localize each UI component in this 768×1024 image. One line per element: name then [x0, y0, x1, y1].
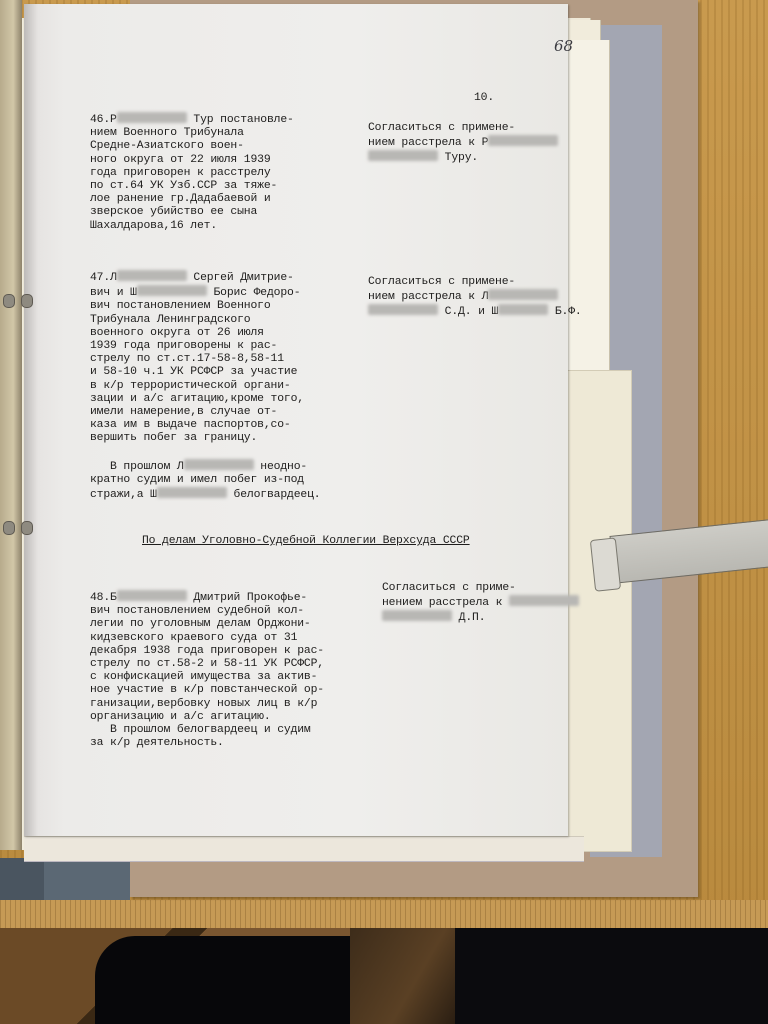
typed-line: кратно судим и имел побег из-под	[90, 474, 320, 487]
typed-line	[90, 446, 320, 459]
typed-line: 1939 года приговорены к рас-	[90, 340, 320, 353]
redacted-name	[137, 285, 207, 296]
typed-line: зации и а/с агитацию,кроме того,	[90, 393, 320, 406]
typed-line: ного округа от 22 июля 1939	[90, 154, 294, 167]
facing-page	[0, 0, 22, 850]
entry-48-text: 48.Б Дмитрий Прокофье-вич постановлением…	[90, 590, 324, 750]
typed-line: 46.Р Тур постановле-	[90, 112, 294, 127]
entry-47-resolution: Согласиться с примене-нием расстрела к Л…	[368, 276, 582, 320]
typed-line: вершить побег за границу.	[90, 432, 320, 445]
typed-line: Шахалдарова,16 лет.	[90, 220, 294, 233]
desk-edge	[0, 900, 768, 930]
typed-line: нением расстрела к	[382, 595, 579, 610]
redacted-name	[509, 595, 579, 606]
redacted-name	[117, 270, 187, 281]
typed-line: вич постановлением судебной кол-	[90, 605, 324, 618]
typed-line: Трибунала Ленинградского	[90, 314, 320, 327]
typed-line: нием расстрела к Р	[368, 135, 558, 150]
typed-line: стрелу по ст.58-2 и 58-11 УК РСФСР,	[90, 658, 324, 671]
typed-line: Средне-Азиатского воен-	[90, 140, 294, 153]
shadow	[455, 928, 768, 1024]
binding-ring	[3, 294, 15, 308]
typed-line: В прошлом белогвардеец и судим	[90, 724, 324, 737]
clip-bar	[609, 518, 768, 584]
typed-line: 48.Б Дмитрий Прокофье-	[90, 590, 324, 605]
typed-line: нием Военного Трибунала	[90, 127, 294, 140]
typed-line: кидзевского краевого суда от 31	[90, 632, 324, 645]
floor-board	[350, 928, 455, 1024]
typed-line: стражи,а Ш белогвардеец.	[90, 487, 320, 502]
redacted-name	[184, 459, 254, 470]
redacted-name	[157, 487, 227, 498]
typed-line: Туру.	[368, 150, 558, 165]
typed-line: Согласиться с примене-	[368, 276, 582, 289]
section-heading: По делам Уголовно-Судебной Коллегии Верх…	[142, 535, 470, 548]
redacted-name	[498, 304, 548, 315]
typed-line: военного округа от 26 июля	[90, 327, 320, 340]
typed-line: С.Д. и Ш Б.Ф.	[368, 304, 582, 319]
entry-47-text: 47.Л Сергей Дмитрие-вич и Ш Борис Федоро…	[90, 270, 320, 502]
typed-line: и 58-10 ч.1 УК РСФСР за участие	[90, 366, 320, 379]
typed-line: ганизации,вербовку новых лиц в к/р	[90, 698, 324, 711]
typed-line: с конфискацией имущества за актив-	[90, 671, 324, 684]
redacted-name	[368, 304, 438, 315]
typed-line: организацию и а/с агитацию.	[90, 711, 324, 724]
entry-46-text: 46.Р Тур постановле-нием Военного Трибун…	[90, 112, 294, 233]
typed-line: за к/р деятельность.	[90, 737, 324, 750]
typed-line: Согласиться с приме-	[382, 582, 579, 595]
typed-line: нием расстрела к Л	[368, 289, 582, 304]
redacted-name	[117, 590, 187, 601]
typed-line: 47.Л Сергей Дмитрие-	[90, 270, 320, 285]
typed-line: В прошлом Л неодно-	[90, 459, 320, 474]
typed-page-number: 10.	[474, 92, 494, 105]
typed-line: вич и Ш Борис Федоро-	[90, 285, 320, 300]
entry-46-resolution: Согласиться с примене-нием расстрела к Р…	[368, 122, 558, 166]
clip-cap	[590, 537, 621, 591]
typed-line: года приговорен к расстрелу	[90, 167, 294, 180]
typed-line: стрелу по ст.ст.17-58-8,58-11	[90, 353, 320, 366]
typed-line: легии по уголовным делам Орджони-	[90, 618, 324, 631]
binding-ring	[3, 521, 15, 535]
typed-line: по ст.64 УК Узб.ССР за тяже-	[90, 180, 294, 193]
binding-ring	[21, 294, 33, 308]
document-page: 68 10. 46.Р Тур постановле-нием Военного…	[24, 4, 568, 836]
typed-line: лое ранение гр.Дадабаевой и	[90, 193, 294, 206]
binding-ring	[21, 521, 33, 535]
entry-48-resolution: Согласиться с приме-нением расстрела к Д…	[382, 582, 579, 626]
typed-line: имели намерение,в случае от-	[90, 406, 320, 419]
typed-line: декабря 1938 года приговорен к рас-	[90, 645, 324, 658]
redacted-name	[368, 150, 438, 161]
typed-line: вич постановлением Военного	[90, 300, 320, 313]
redacted-name	[382, 610, 452, 621]
typed-line: в к/р террористической органи-	[90, 380, 320, 393]
handwritten-sheet-number: 68	[554, 37, 573, 55]
typed-line: зверское убийство ее сына	[90, 206, 294, 219]
spine-tape-dark	[0, 858, 44, 900]
typed-line: ное участие в к/р повстанческой ор-	[90, 684, 324, 697]
typed-line: Согласиться с примене-	[368, 122, 558, 135]
redacted-name	[117, 112, 187, 123]
redacted-name	[488, 289, 558, 300]
page-stack-bottom	[24, 836, 584, 862]
shadow	[95, 936, 350, 1024]
typed-line: Д.П.	[382, 610, 579, 625]
parquet-floor	[0, 928, 768, 1024]
redacted-name	[488, 135, 558, 146]
typed-line: каза им в выдаче паспортов,со-	[90, 419, 320, 432]
